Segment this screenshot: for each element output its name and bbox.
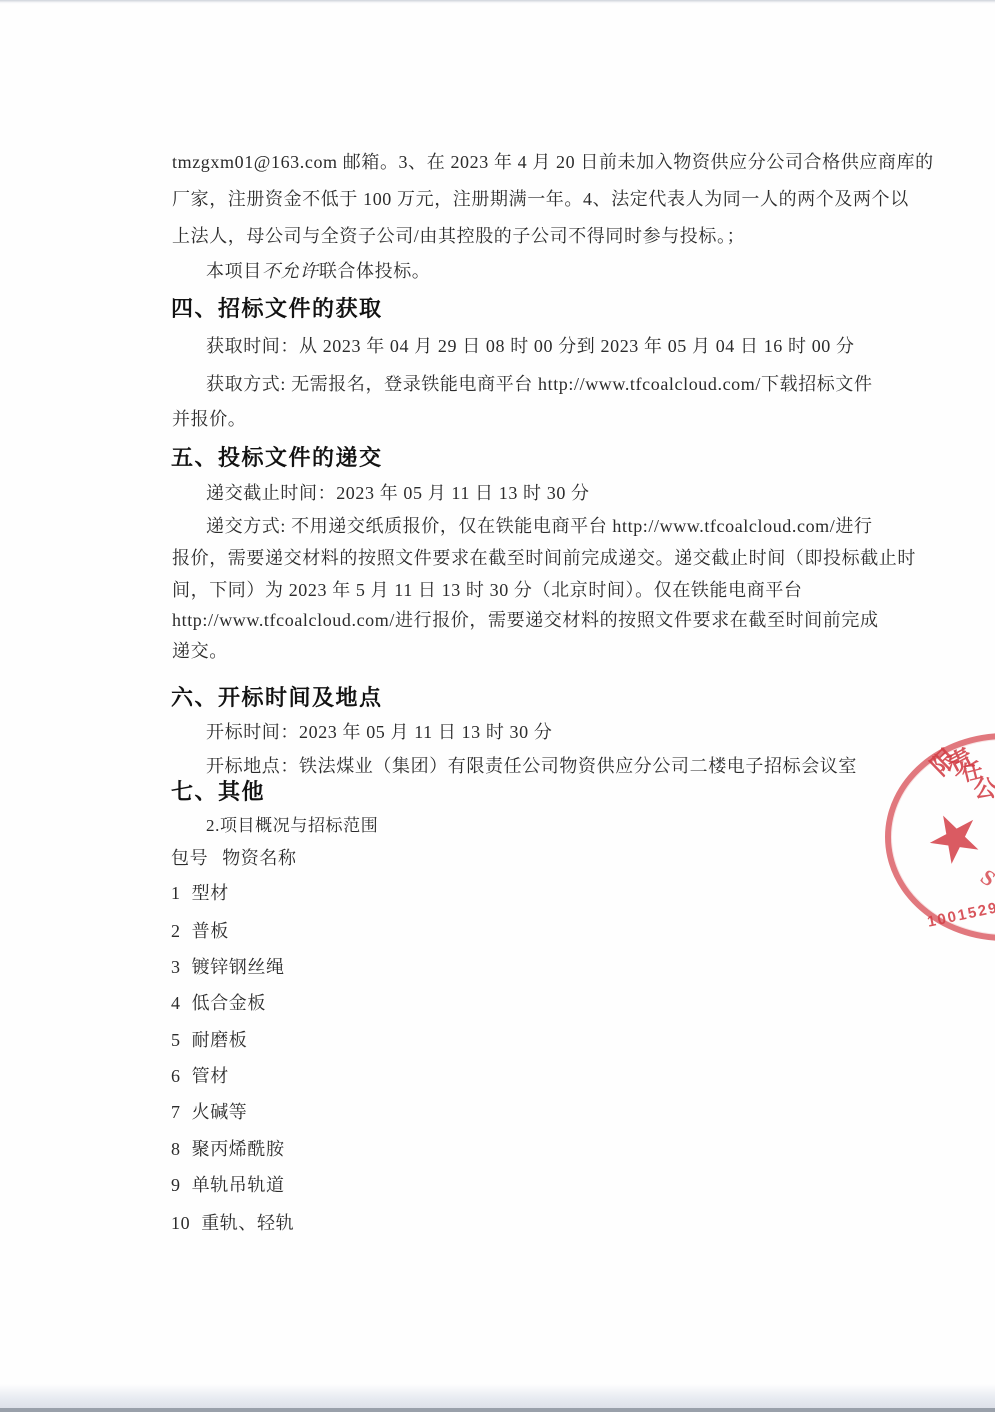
official-seal-stamp: 限 责 任 公 ★ S 1001529	[0, 0, 995, 1412]
acquire-time-line: 获取时间：从 2023 年 04 月 29 日 08 时 00 分到 2023 …	[206, 335, 855, 358]
item-name: 耐磨板	[192, 1030, 248, 1050]
submit-deadline-line: 递交截止时间：2023 年 05 月 11 日 13 时 30 分	[206, 482, 590, 505]
list-item: 5耐磨板	[171, 1029, 247, 1052]
no-joint-suffix: 联合体投标。	[319, 261, 431, 281]
item-name: 镀锌钢丝绳	[192, 957, 285, 977]
submit-method-line: http://www.tfcoalcloud.com/进行报价，需要递交材料的按…	[172, 609, 879, 632]
acquire-method-line: 获取方式: 无需报名，登录铁能电商平台 http://www.tfcoalclo…	[206, 373, 873, 396]
item-no: 7	[171, 1101, 181, 1124]
section-heading-4: 四、招标文件的获取	[171, 295, 383, 322]
no-joint-bid-line: 本项目不允许联合体投标。	[206, 260, 430, 283]
item-no: 1	[171, 882, 181, 905]
seal-star-icon: ★	[915, 796, 995, 879]
intro-paragraph-line: tmzgxm01@163.com 邮箱。3、在 2023 年 4 月 20 日前…	[172, 151, 934, 174]
list-item: 1型材	[171, 882, 229, 905]
item-name: 管材	[192, 1066, 229, 1086]
acquire-method-line-cont: 并报价。	[172, 408, 246, 431]
section-heading-5: 五、投标文件的递交	[171, 444, 383, 471]
item-name: 型材	[192, 883, 229, 903]
package-table-header: 包号物资名称	[171, 847, 297, 870]
submit-method-line: 间，下同）为 2023 年 5 月 11 日 13 时 30 分（北京时间）。仅…	[172, 579, 803, 602]
list-item: 9单轨吊轨道	[171, 1174, 285, 1197]
scanned-tender-document-page: tmzgxm01@163.com 邮箱。3、在 2023 年 4 月 20 日前…	[0, 0, 995, 1412]
seal-arc-char: 公	[973, 770, 995, 804]
no-joint-prefix: 本项目	[206, 261, 262, 281]
package-no-header: 包号	[171, 848, 208, 868]
seal-ring	[885, 733, 995, 941]
list-item: 2普板	[171, 920, 229, 943]
section-heading-7: 七、其他	[171, 778, 265, 805]
intro-paragraph-line: 厂家，注册资金不低于 100 万元，注册期满一年。4、法定代表人为同一人的两个及…	[172, 188, 909, 211]
item-name: 重轨、轻轨	[201, 1213, 294, 1233]
item-no: 8	[171, 1138, 181, 1161]
submit-method-line: 递交。	[172, 640, 228, 663]
seal-serial-number: 1001529	[926, 899, 995, 931]
section-heading-6: 六、开标时间及地点	[171, 684, 383, 711]
submit-method-line: 递交方式: 不用递交纸质报价，仅在铁能电商平台 http://www.tfcoa…	[206, 515, 873, 538]
list-item: 8聚丙烯酰胺	[171, 1138, 285, 1161]
open-time-line: 开标时间：2023 年 05 月 11 日 13 时 30 分	[206, 721, 552, 744]
item-no: 9	[171, 1174, 181, 1197]
item-no: 4	[171, 992, 181, 1015]
item-name: 低合金板	[192, 993, 266, 1013]
no-joint-italic: 不允许	[262, 261, 319, 281]
material-name-header: 物资名称	[222, 848, 296, 868]
seal-arc-char: 任	[958, 754, 986, 788]
list-item: 7火碱等	[171, 1101, 247, 1124]
item-name: 聚丙烯酰胺	[192, 1139, 285, 1159]
item-no: 3	[171, 956, 181, 979]
scan-bottom-edge	[0, 1384, 995, 1412]
seal-arc-char: 限	[921, 739, 964, 782]
item-no: 2	[171, 920, 181, 943]
item-no: 6	[171, 1065, 181, 1088]
list-item: 10重轨、轻轨	[171, 1212, 294, 1235]
list-item: 4低合金板	[171, 992, 266, 1015]
seal-arc-char: 责	[941, 738, 980, 782]
item-no: 5	[171, 1029, 181, 1052]
item-name: 火碱等	[192, 1102, 248, 1122]
project-overview-line: 2.项目概况与招标范围	[206, 814, 378, 837]
intro-paragraph-line: 上法人，母公司与全资子公司/由其控股的子公司不得同时参与投标。；	[172, 225, 745, 248]
list-item: 3镀锌钢丝绳	[171, 956, 285, 979]
submit-method-line: 报价，需要递交材料的按照文件要求在截至时间前完成递交。递交截止时间（即投标截止时	[172, 547, 916, 570]
list-item: 6管材	[171, 1065, 229, 1088]
open-place-line: 开标地点：铁法煤业（集团）有限责任公司物资供应分公司二楼电子招标会议室	[206, 755, 857, 778]
item-name: 单轨吊轨道	[192, 1175, 285, 1195]
seal-cut-glyph: S	[976, 864, 995, 892]
item-no: 10	[171, 1212, 190, 1235]
scan-top-edge	[0, 0, 995, 4]
item-name: 普板	[192, 921, 229, 941]
